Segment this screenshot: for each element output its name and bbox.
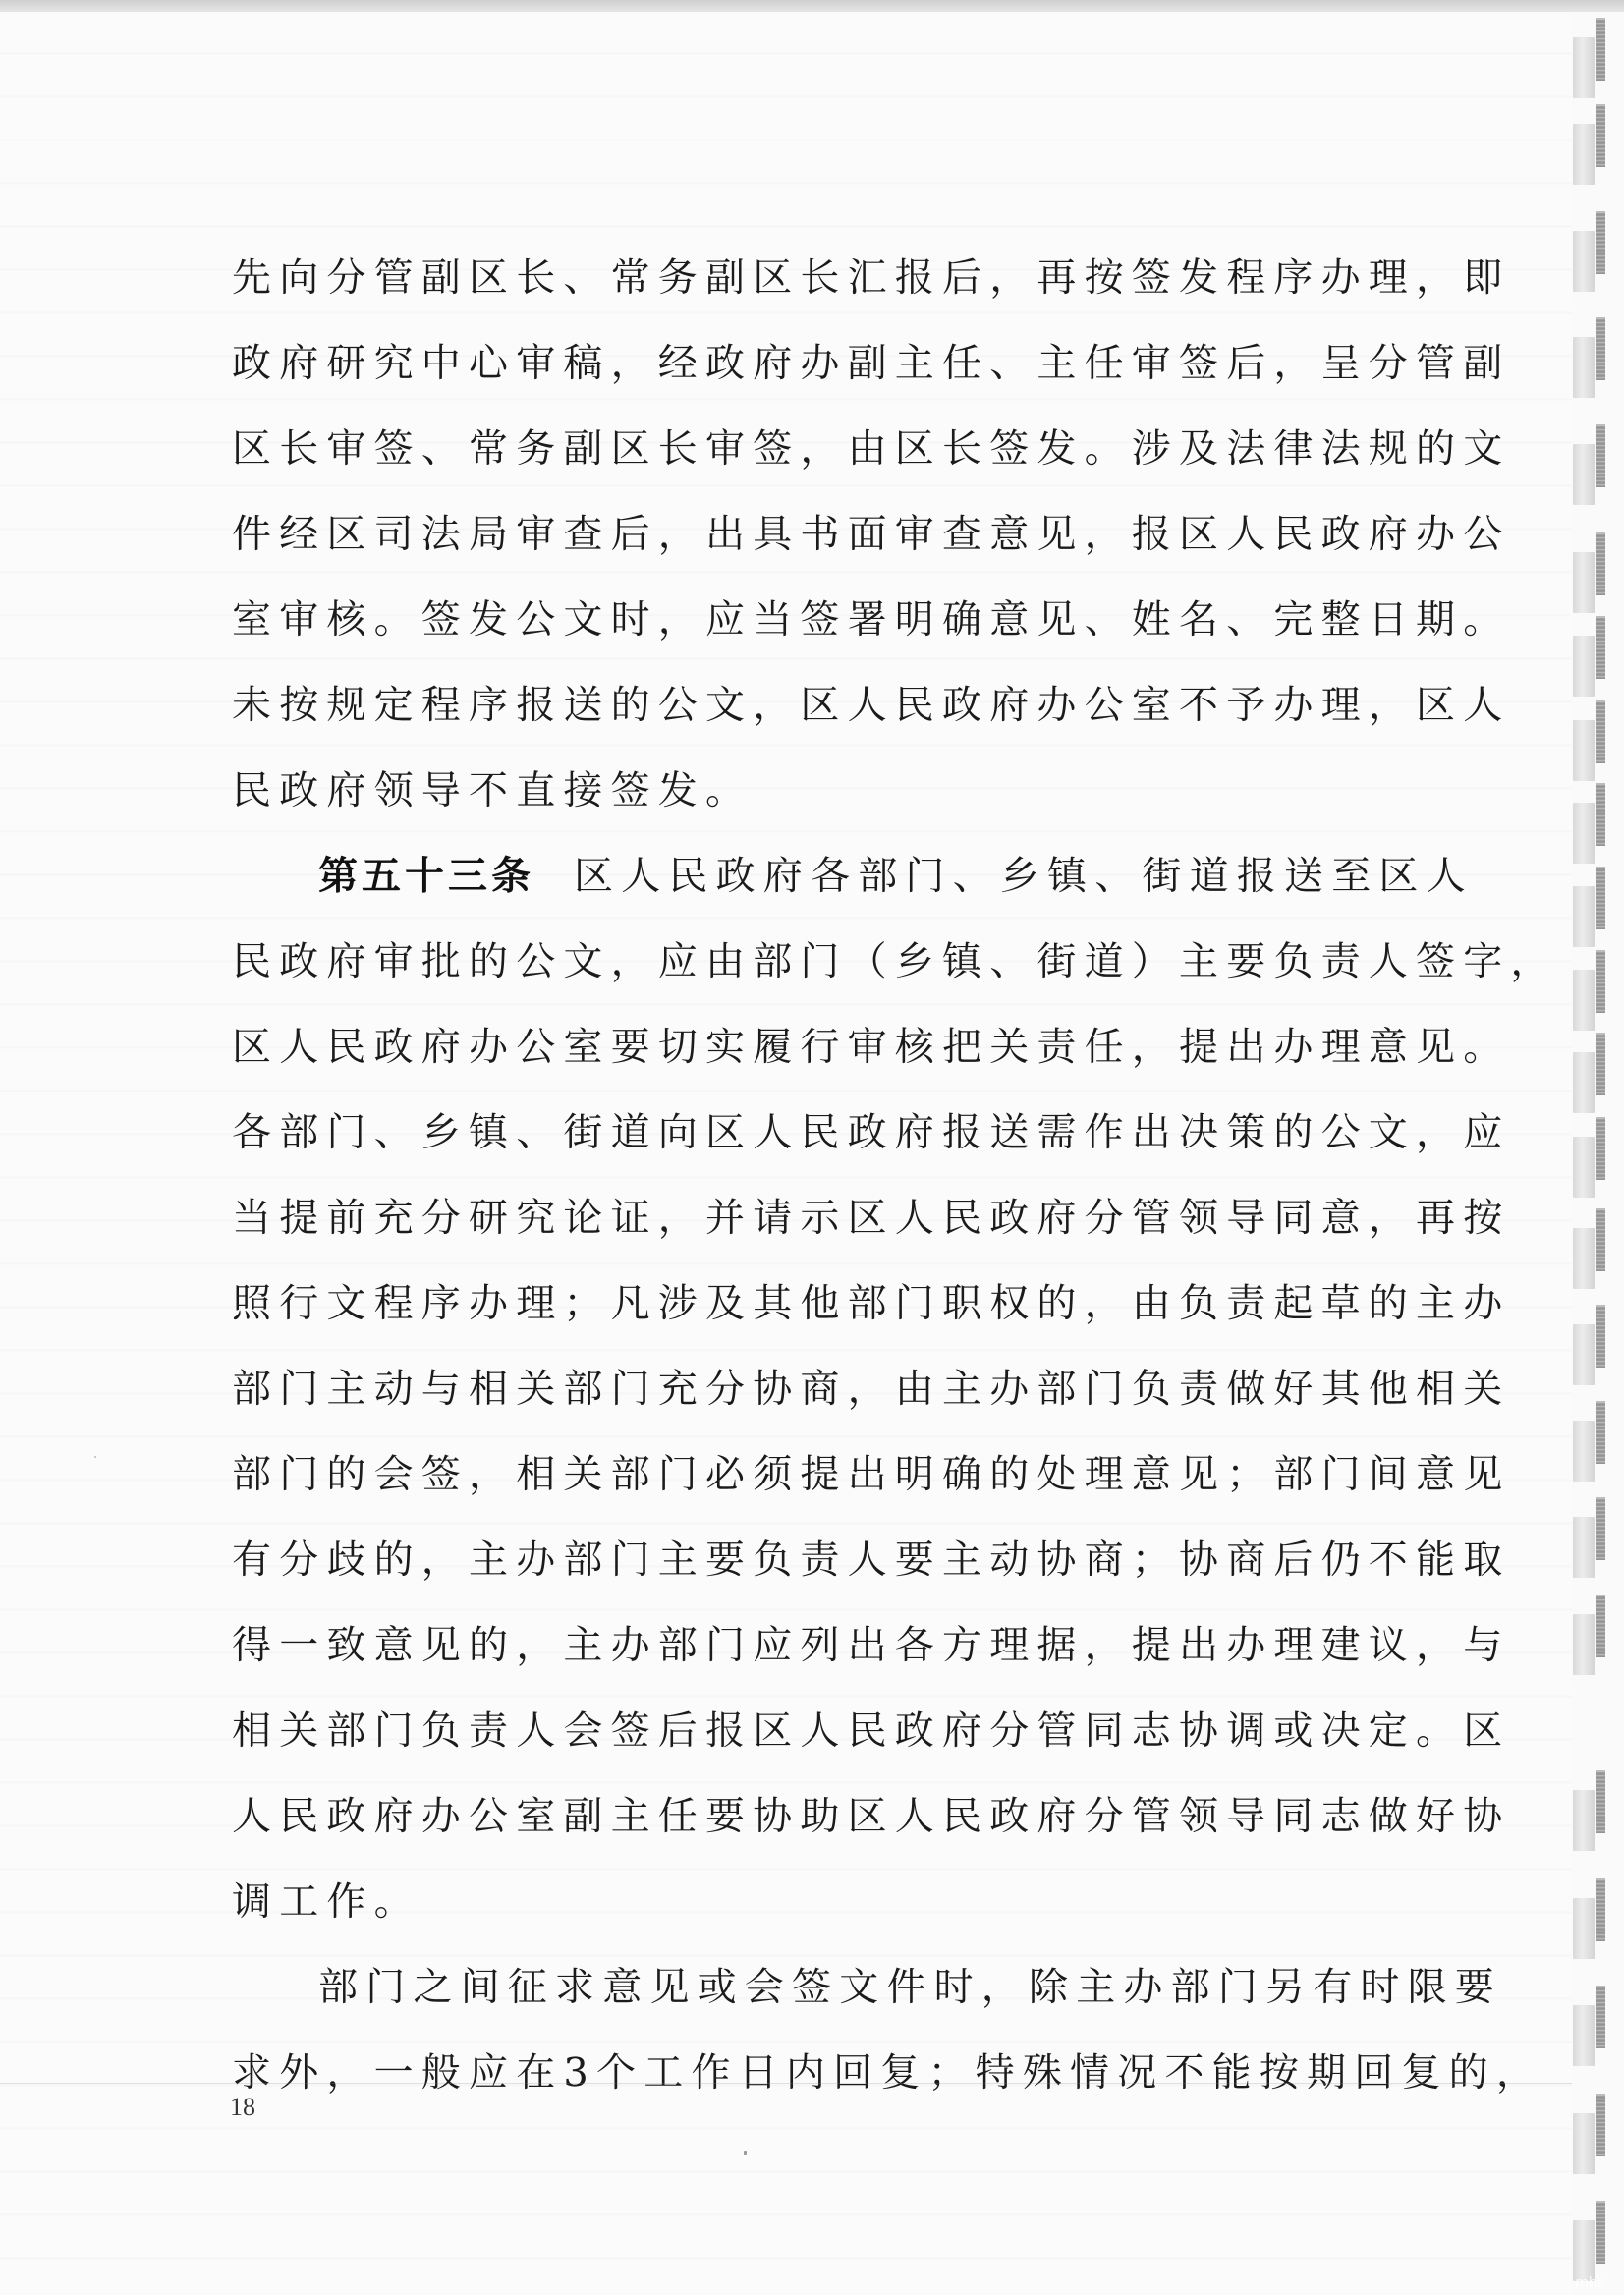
text-line: 民政府审批的公文，应由部门（乡镇、街道）主要负责人签字，: [232, 920, 1423, 1005]
text-line: 当提前充分研究论证，并请示区人民政府分管领导同意，再按: [232, 1176, 1423, 1261]
article-heading: 第五十三条: [318, 854, 534, 899]
text-line: 得一致意见的，主办部门应列出各方理据，提出办理建议，与: [232, 1603, 1423, 1689]
text-line: 民政府领导不直接签发。: [232, 749, 1423, 834]
text-line: 部门的会签，相关部门必须提出明确的处理意见；部门间意见: [232, 1432, 1423, 1518]
binding-ring-icon: [1573, 1117, 1612, 1198]
binding-ring-icon: [1573, 1305, 1612, 1385]
scan-top-edge: [0, 0, 1624, 12]
binding-ring-icon: [1573, 2094, 1612, 2174]
text-line: 各部门、乡镇、街道向区人民政府报送需作出决策的公文，应: [232, 1091, 1423, 1176]
binding-ring-icon: [1573, 700, 1612, 781]
article-53-first-line: 第五十三条区人民政府各部门、乡镇、街道报送至区人: [232, 834, 1423, 920]
text-line: 先向分管副区长、常务副区长汇报后，再按签发程序办理，即: [232, 236, 1423, 321]
text-line: 区长审签、常务副区长审签，由区长签发。涉及法律法规的文: [232, 407, 1423, 492]
document-page: 先向分管副区长、常务副区长汇报后，再按签发程序办理，即 政府研究中心审稿，经政府…: [0, 12, 1572, 2295]
body-text: 先向分管副区长、常务副区长汇报后，再按签发程序办理，即 政府研究中心审稿，经政府…: [232, 236, 1423, 2116]
text-line: 求外，一般应在3个工作日内回复；特殊情况不能按期回复的，: [232, 2031, 1423, 2116]
binding-ring-icon: [1573, 424, 1612, 505]
text-line: 照行文程序办理；凡涉及其他部门职权的，由负责起草的主办: [232, 1261, 1423, 1347]
binding-ring-icon: [1573, 1595, 1612, 1675]
page-number: 18: [230, 2093, 255, 2122]
text-line: 区人民政府办公室要切实履行审核把关责任，提出办理意见。: [232, 1005, 1423, 1091]
binding-ring-icon: [1573, 532, 1612, 613]
text-line: 人民政府办公室副主任要协助区人民政府分管领导同志做好协: [232, 1774, 1423, 1860]
scan-speck: [744, 2151, 747, 2155]
binding-ring-icon: [1573, 867, 1612, 947]
text-line: 部门之间征求意见或会签文件时，除主办部门另有时限要: [232, 1945, 1423, 2031]
binding-ring-icon: [1573, 1878, 1612, 1959]
binding-ring-icon: [1573, 616, 1612, 697]
binding-ring-icon: [1573, 1401, 1612, 1482]
scan-speck: [94, 1456, 96, 1458]
text-line: 未按规定程序报送的公文，区人民政府办公室不予办理，区人: [232, 663, 1423, 749]
text-line: 调工作。: [232, 1860, 1423, 1945]
text-line: 有分歧的，主办部门主要负责人要主动协商；协商后仍不能取: [232, 1518, 1423, 1603]
text-line: 室审核。签发公文时，应当签署明确意见、姓名、完整日期。: [232, 578, 1423, 663]
text-line: 政府研究中心审稿，经政府办副主任、主任审签后，呈分管副: [232, 321, 1423, 407]
binding-ring-icon: [1573, 317, 1612, 398]
spiral-binding: [1565, 0, 1624, 2295]
binding-ring-icon: [1573, 1770, 1612, 1851]
watermark: mhs: [1575, 2275, 1604, 2291]
binding-ring-icon: [1573, 1033, 1612, 1113]
text-line: 件经区司法局审查后，出具书面审查意见，报区人民政府办公: [232, 492, 1423, 578]
text-line: 部门主动与相关部门充分协商，由主办部门负责做好其他相关: [232, 1347, 1423, 1432]
footer-divider: [0, 2083, 1572, 2084]
binding-ring-icon: [1573, 104, 1612, 185]
binding-ring-icon: [1573, 1986, 1612, 2066]
binding-ring-icon: [1573, 950, 1612, 1031]
text-line: 相关部门负责人会签后报区人民政府分管同志协调或决定。区: [232, 1689, 1423, 1774]
binding-ring-icon: [1573, 211, 1612, 292]
binding-ring-icon: [1573, 2201, 1612, 2281]
article-text: 区人民政府各部门、乡镇、街道报送至区人: [574, 854, 1474, 899]
binding-ring-icon: [1573, 783, 1612, 864]
binding-ring-icon: [1573, 1208, 1612, 1289]
binding-ring-icon: [1573, 18, 1612, 98]
binding-ring-icon: [1573, 1497, 1612, 1578]
